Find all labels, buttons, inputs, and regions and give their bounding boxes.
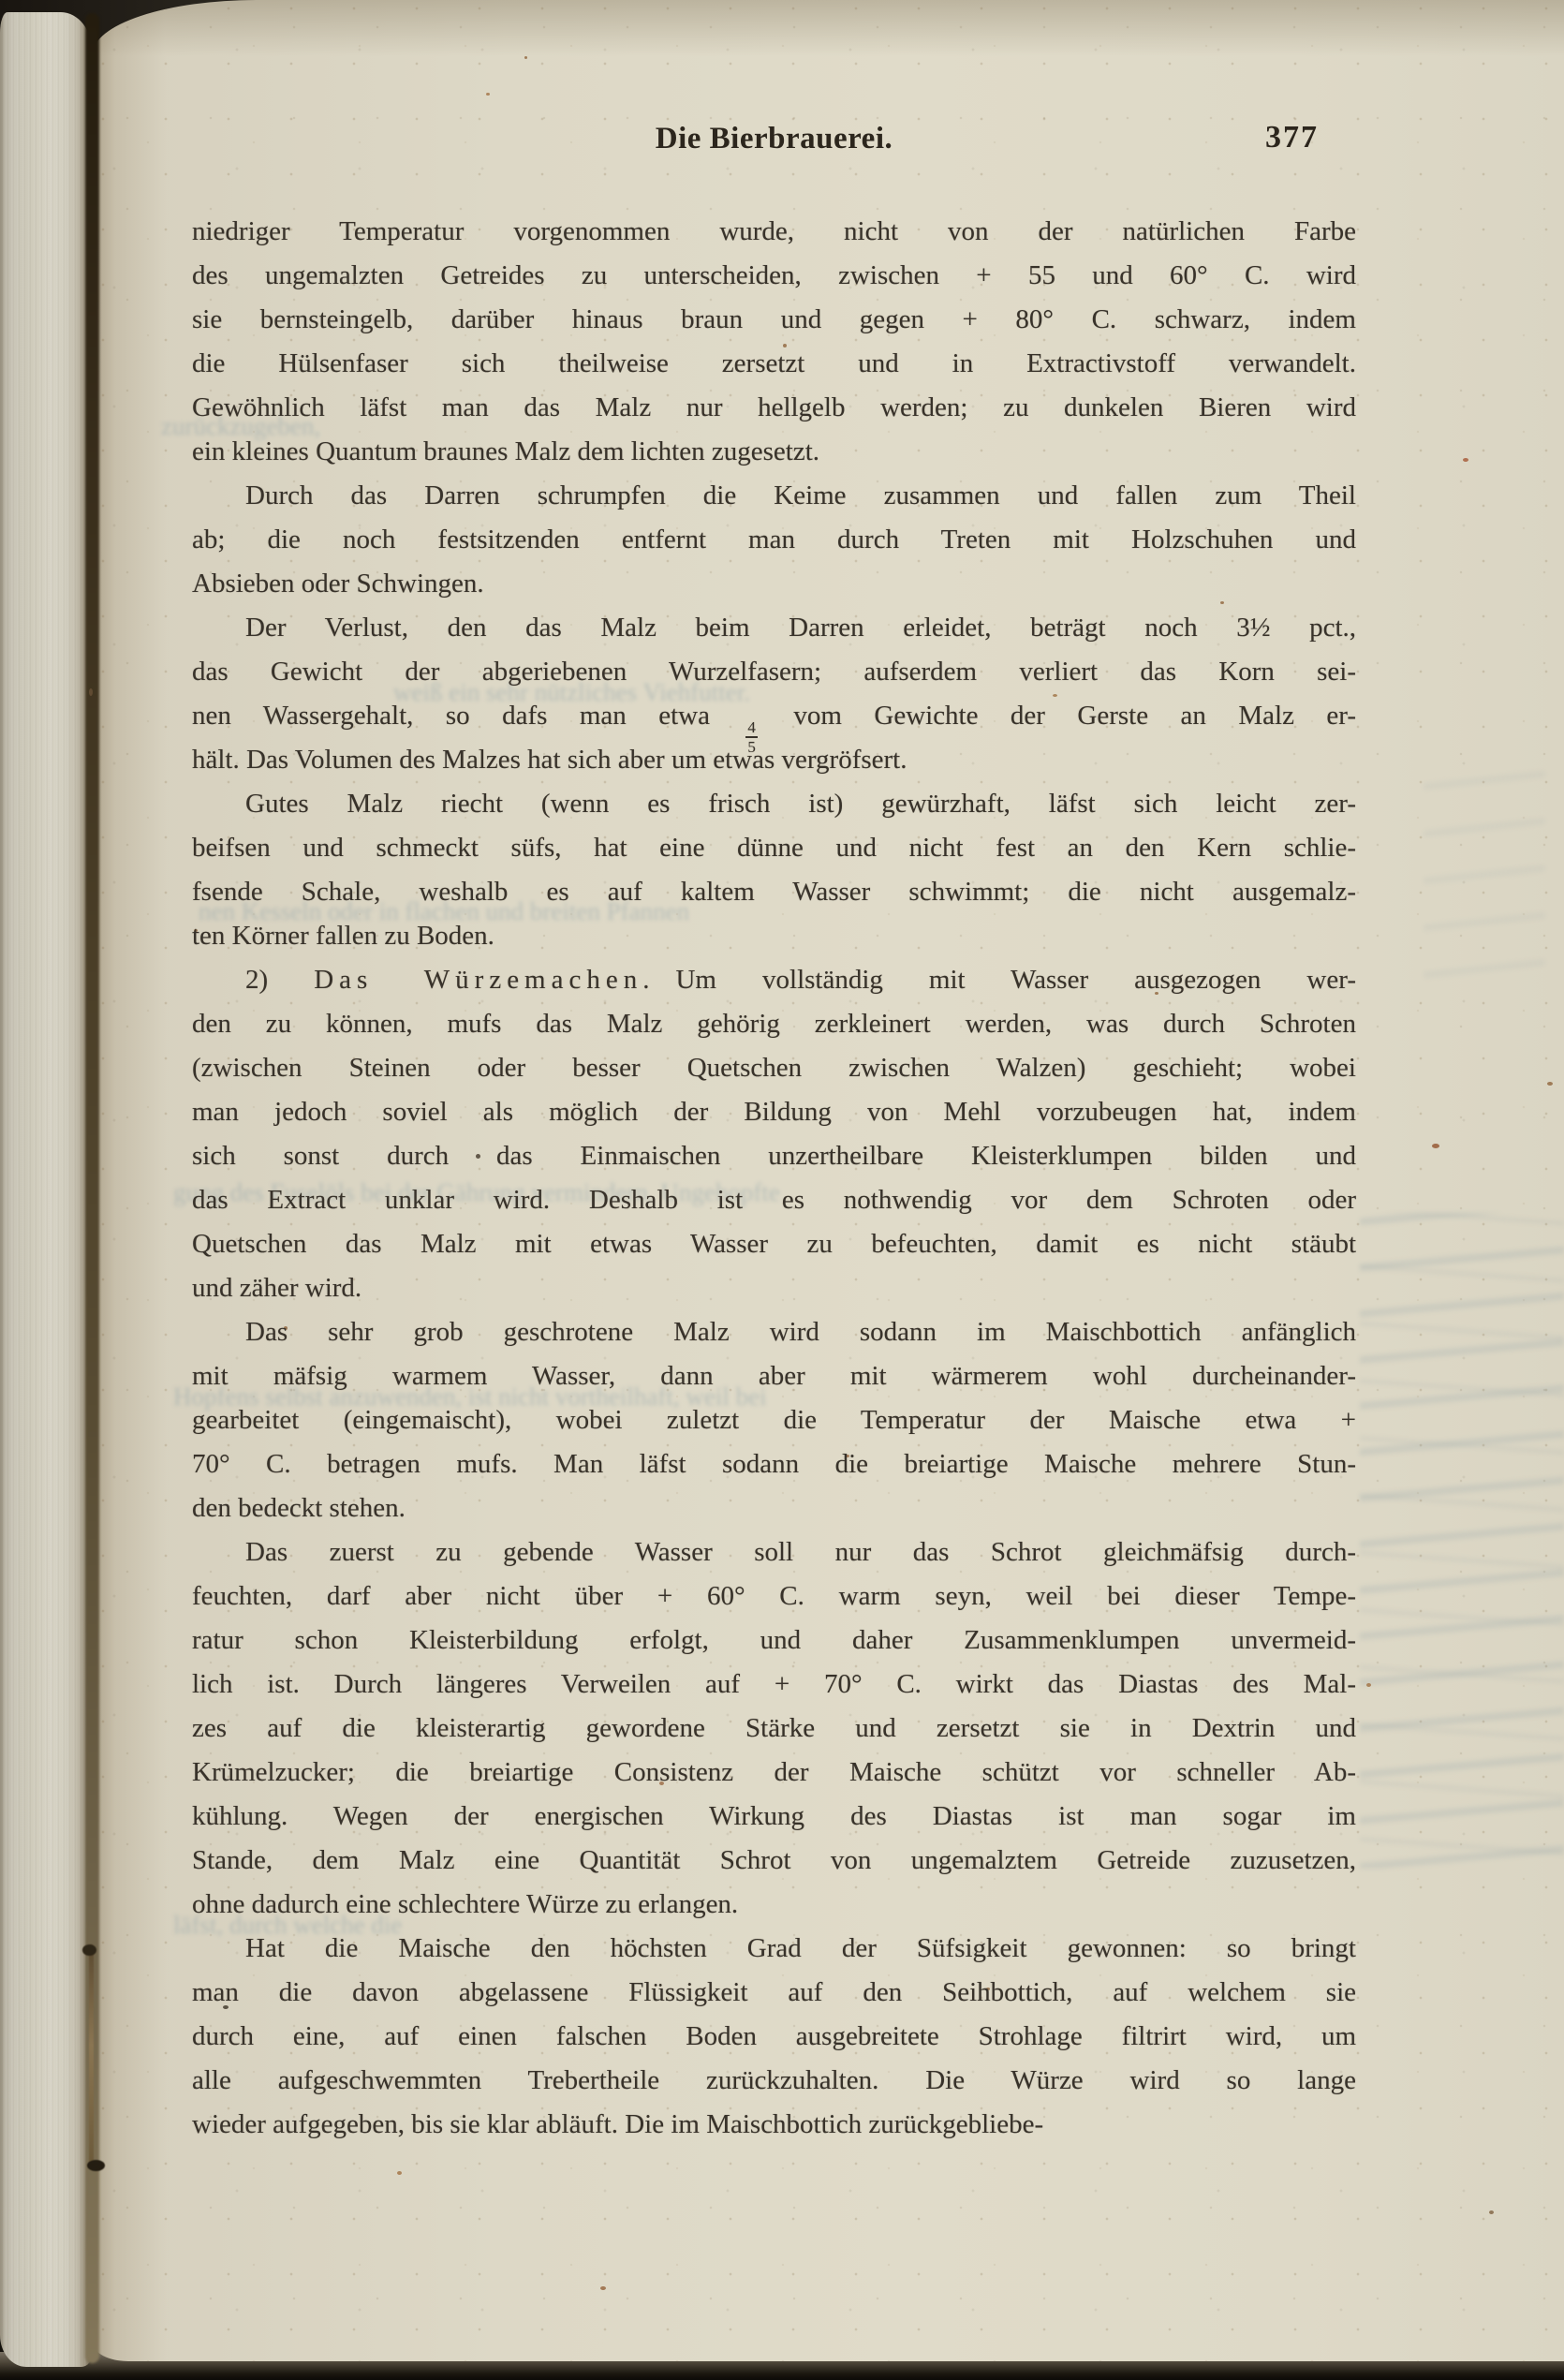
text-line: Gutes Malz riecht (wenn es frisch ist) g… <box>192 782 1356 826</box>
text-line: Gewöhnlich läfst man das Malz nur hellge… <box>192 386 1356 430</box>
text-line: sich sonst durch das Einmaischen unzerth… <box>192 1134 1356 1178</box>
paragraph: Das zuerst zu gebende Wasser soll nur da… <box>192 1530 1356 1927</box>
text-line: ein kleines Quantum braunes Malz dem lic… <box>192 430 1356 474</box>
text-span: Um vollständig mit Wasser ausgezogen wer… <box>675 965 1356 995</box>
text-line: zes auf die kleisterartig gewordene Stär… <box>192 1707 1356 1751</box>
text-line: den bedeckt stehen. <box>192 1486 1356 1530</box>
text-line: ab; die noch festsitzenden entfernt man … <box>192 518 1356 562</box>
text-line: durch eine, auf einen falschen Boden aus… <box>192 2015 1356 2059</box>
text-line: wieder aufgegeben, bis sie klar abläuft.… <box>192 2103 1356 2147</box>
text-line: Das sehr grob geschrotene Malz wird soda… <box>192 1310 1356 1354</box>
text-line: Absieben oder Schwingen. <box>192 562 1356 606</box>
text-line: (zwischen Steinen oder besser Quetschen … <box>192 1046 1356 1090</box>
text-line: gearbeitet (eingemaischt), wobei zuletzt… <box>192 1398 1356 1442</box>
text-line: Krümelzucker; die breiartige Consistenz … <box>192 1751 1356 1795</box>
text-line: man jedoch soviel als möglich der Bildun… <box>192 1090 1356 1134</box>
text-line: die Hülsenfaser sich theilweise zersetzt… <box>192 342 1356 386</box>
text-line: Stande, dem Malz eine Quantität Schrot v… <box>192 1839 1356 1883</box>
paragraph: Hat die Maische den höchsten Grad der Sü… <box>192 1927 1356 2147</box>
text-line: niedriger Temperatur vorgenommen wurde, … <box>192 210 1356 254</box>
text-line: das Gewicht der abgeriebenen Wurzelfaser… <box>192 650 1356 694</box>
text-span: nen Wassergehalt, so dafs man etwa <box>192 701 742 731</box>
text-line: alle aufgeschwemmten Trebertheile zurück… <box>192 2059 1356 2103</box>
text-line: man die davon abgelassene Flüssigkeit au… <box>192 1971 1356 2015</box>
text-line: sie bernsteingelb, darüber hinaus braun … <box>192 298 1356 342</box>
text-line: fsende Schale, weshalb es auf kaltem Was… <box>192 870 1356 914</box>
text-line: kühlung. Wegen der energischen Wirkung d… <box>192 1795 1356 1839</box>
text-span: vom Gewichte der Gerste an Malz er- <box>761 701 1356 731</box>
paragraph: 2) Das Würzemachen.Um vollständig mit Wa… <box>192 958 1356 1310</box>
spaced-heading: Das Würzemachen. <box>314 965 655 995</box>
text-line: Durch das Darren schrumpfen die Keime zu… <box>192 474 1356 518</box>
text-line: 70° C. betragen mufs. Man läfst sodann d… <box>192 1442 1356 1486</box>
book-scan: zurückzugeben, weiß ein sehr nützliches … <box>0 0 1564 2380</box>
text-line: feuchten, darf aber nicht über + 60° C. … <box>192 1574 1356 1619</box>
text-line: ten Körner fallen zu Boden. <box>192 914 1356 958</box>
text-line: Das zuerst zu gebende Wasser soll nur da… <box>192 1530 1356 1574</box>
page-content: Die Bierbrauerei. 377 niedriger Temperat… <box>0 0 1564 2380</box>
paragraph: Gutes Malz riecht (wenn es frisch ist) g… <box>192 782 1356 958</box>
text-line: Der Verlust, den das Malz beim Darren er… <box>192 606 1356 650</box>
text-span: 2) <box>245 965 314 995</box>
text-line: ratur schon Kleisterbildung erfolgt, und… <box>192 1619 1356 1663</box>
paragraph: Durch das Darren schrumpfen die Keime zu… <box>192 474 1356 606</box>
text-line: den zu können, mufs das Malz gehörig zer… <box>192 1002 1356 1046</box>
text-line: und zäher wird. <box>192 1266 1356 1310</box>
text-body: niedriger Temperatur vorgenommen wurde, … <box>192 210 1356 2147</box>
paragraph: Der Verlust, den das Malz beim Darren er… <box>192 606 1356 782</box>
text-line: beifsen und schmeckt süfs, hat eine dünn… <box>192 826 1356 870</box>
text-line: Hat die Maische den höchsten Grad der Sü… <box>192 1927 1356 1971</box>
text-line: mit mäfsig warmem Wasser, dann aber mit … <box>192 1354 1356 1398</box>
running-title: Die Bierbrauerei. <box>192 122 1356 156</box>
text-line: nen Wassergehalt, so dafs man etwa 45 vo… <box>192 694 1356 738</box>
text-line: ohne dadurch eine schlechtere Würze zu e… <box>192 1883 1356 1927</box>
page-number: 377 <box>1265 120 1319 155</box>
paragraph: niedriger Temperatur vorgenommen wurde, … <box>192 210 1356 474</box>
paragraph: Das sehr grob geschrotene Malz wird soda… <box>192 1310 1356 1530</box>
text-line: 2) Das Würzemachen.Um vollständig mit Wa… <box>192 958 1356 1002</box>
text-line: lich ist. Durch längeres Verweilen auf +… <box>192 1663 1356 1707</box>
text-line: Quetschen das Malz mit etwas Wasser zu b… <box>192 1222 1356 1266</box>
text-line: hält. Das Volumen des Malzes hat sich ab… <box>192 738 1356 782</box>
text-line: des ungemalzten Getreides zu unterscheid… <box>192 254 1356 298</box>
text-line: das Extract unklar wird. Deshalb ist es … <box>192 1178 1356 1222</box>
